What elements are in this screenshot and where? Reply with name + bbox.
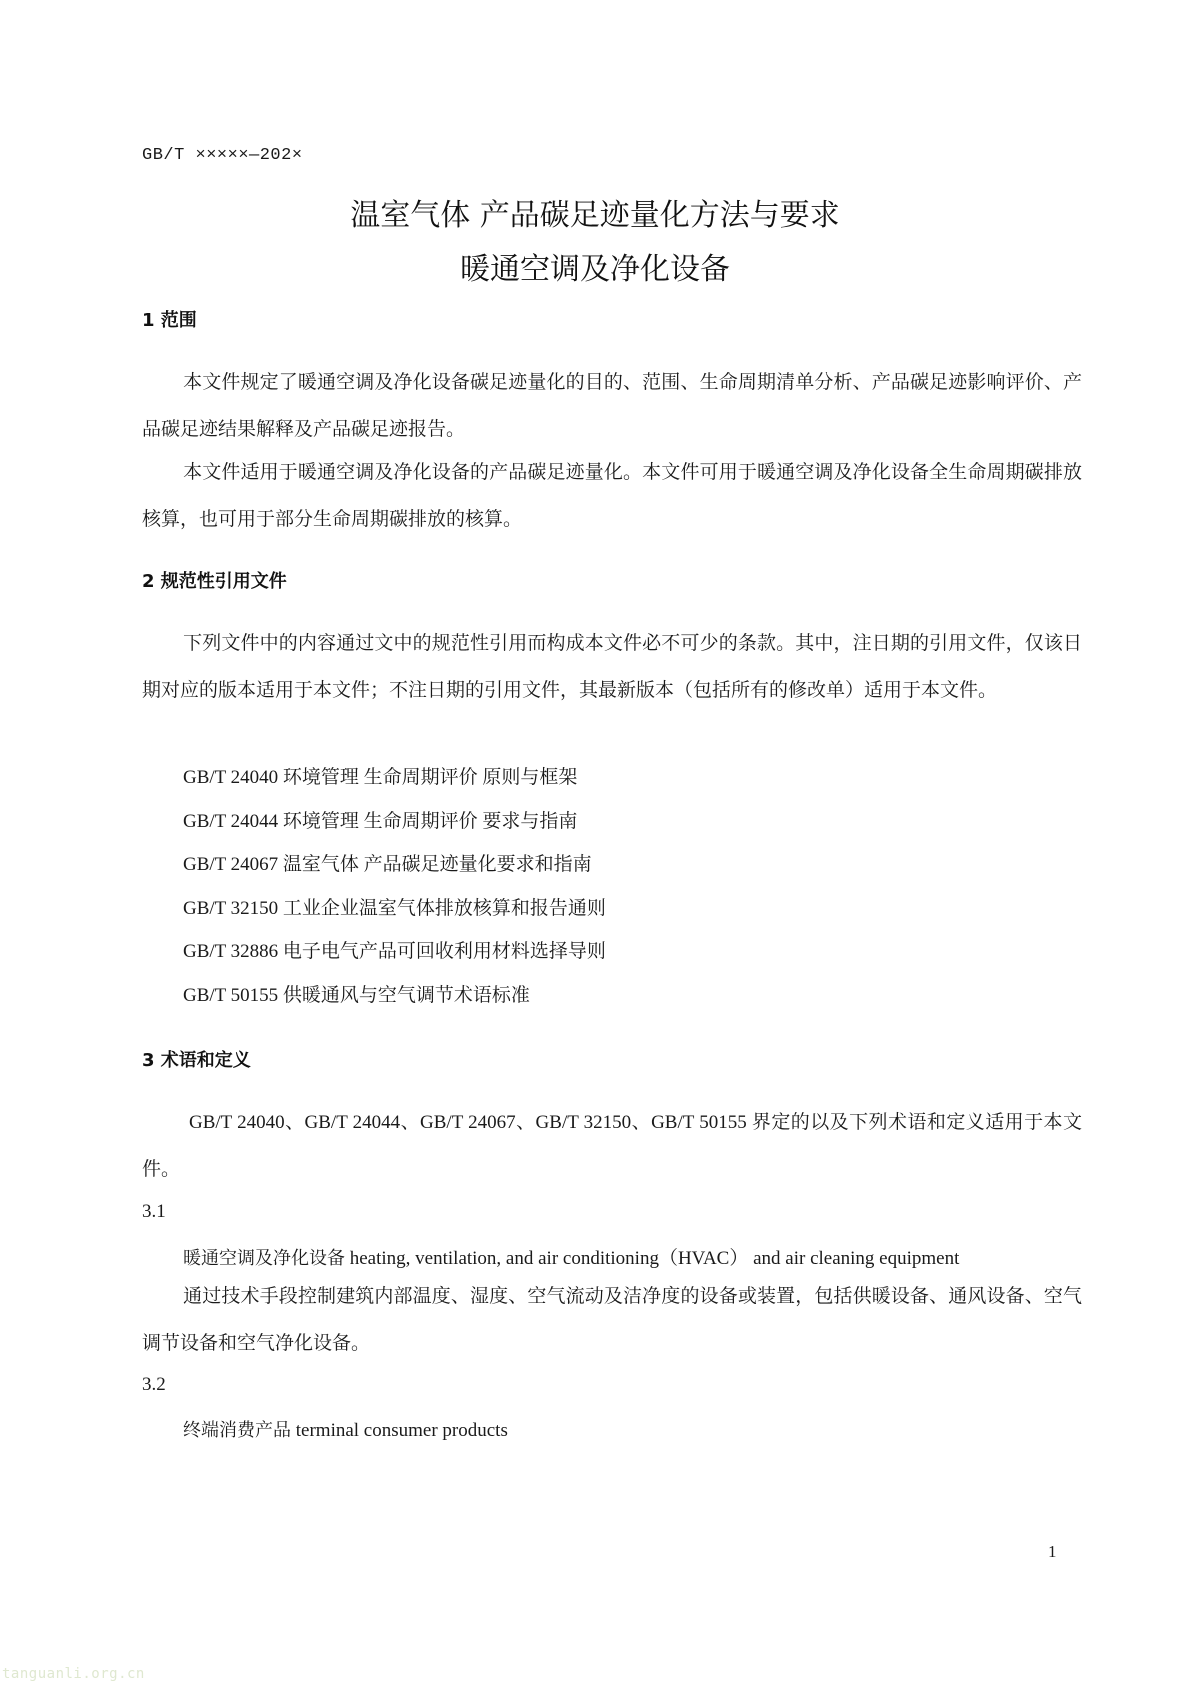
clause-number: 3.1 (142, 1201, 166, 1223)
paragraph-text: GB/T 24040、GB/T 24044、GB/T 24067、GB/T 32… (142, 1112, 1082, 1180)
document-page: GB/T ×××××—202× 温室气体 产品碳足迹量化方法与要求 暖通空调及净… (0, 0, 1190, 1683)
clause-number: 3.2 (142, 1374, 166, 1396)
reference-item: GB/T 50155 供暖通风与空气调节术语标准 (183, 980, 530, 1007)
reference-item: GB/T 32150 工业企业温室气体排放核算和报告通则 (183, 893, 606, 920)
reference-item: GB/T 24067 温室气体 产品碳足迹量化要求和指南 (183, 849, 592, 876)
paragraph-text: 本文件规定了暖通空调及净化设备碳足迹量化的目的、范围、生命周期清单分析、产品碳足… (142, 372, 1082, 440)
term-entry: 终端消费产品 terminal consumer products (183, 1416, 508, 1442)
scope-paragraph-1: 本文件规定了暖通空调及净化设备碳足迹量化的目的、范围、生命周期清单分析、产品碳足… (142, 359, 1082, 453)
watermark: tanguanli.org.cn (2, 1666, 145, 1682)
scope-paragraph-2: 本文件适用于暖通空调及净化设备的产品碳足迹量化。本文件可用于暖通空调及净化设备全… (142, 449, 1082, 543)
term-chinese: 暖通空调及净化设备 (183, 1248, 345, 1269)
term-entry: 暖通空调及净化设备 heating, ventilation, and air … (183, 1243, 959, 1270)
term-definition: 通过技术手段控制建筑内部温度、湿度、空气流动及洁净度的设备或装置，包括供暖设备、… (142, 1273, 1082, 1367)
paragraph-text: 通过技术手段控制建筑内部温度、湿度、空气流动及洁净度的设备或装置，包括供暖设备、… (142, 1286, 1082, 1354)
term-english: heating, ventilation, and air conditioni… (350, 1248, 960, 1269)
paragraph-text: 本文件适用于暖通空调及净化设备的产品碳足迹量化。本文件可用于暖通空调及净化设备全… (142, 462, 1082, 530)
reference-item: GB/T 24040 环境管理 生命周期评价 原则与框架 (183, 762, 577, 789)
page-number: 1 (1048, 1542, 1057, 1562)
paragraph-text: 下列文件中的内容通过文中的规范性引用而构成本文件必不可少的条款。其中，注日期的引… (142, 633, 1082, 701)
document-title: 温室气体 产品碳足迹量化方法与要求 (0, 190, 1190, 234)
standard-number: GB/T ×××××—202× (142, 146, 303, 165)
term-english: terminal consumer products (296, 1420, 508, 1441)
terms-intro-paragraph: GB/T 24040、GB/T 24044、GB/T 24067、GB/T 32… (142, 1099, 1082, 1193)
section-heading-scope: 1 范围 (142, 306, 197, 332)
term-chinese: 终端消费产品 (183, 1420, 291, 1441)
reference-item: GB/T 32886 电子电气产品可回收利用材料选择导则 (183, 936, 606, 963)
document-subtitle: 暖通空调及净化设备 (0, 244, 1190, 288)
section-heading-terms-definitions: 3 术语和定义 (142, 1046, 251, 1072)
reference-item: GB/T 24044 环境管理 生命周期评价 要求与指南 (183, 806, 577, 833)
section-heading-normative-references: 2 规范性引用文件 (142, 567, 287, 593)
references-intro-paragraph: 下列文件中的内容通过文中的规范性引用而构成本文件必不可少的条款。其中，注日期的引… (142, 620, 1082, 714)
